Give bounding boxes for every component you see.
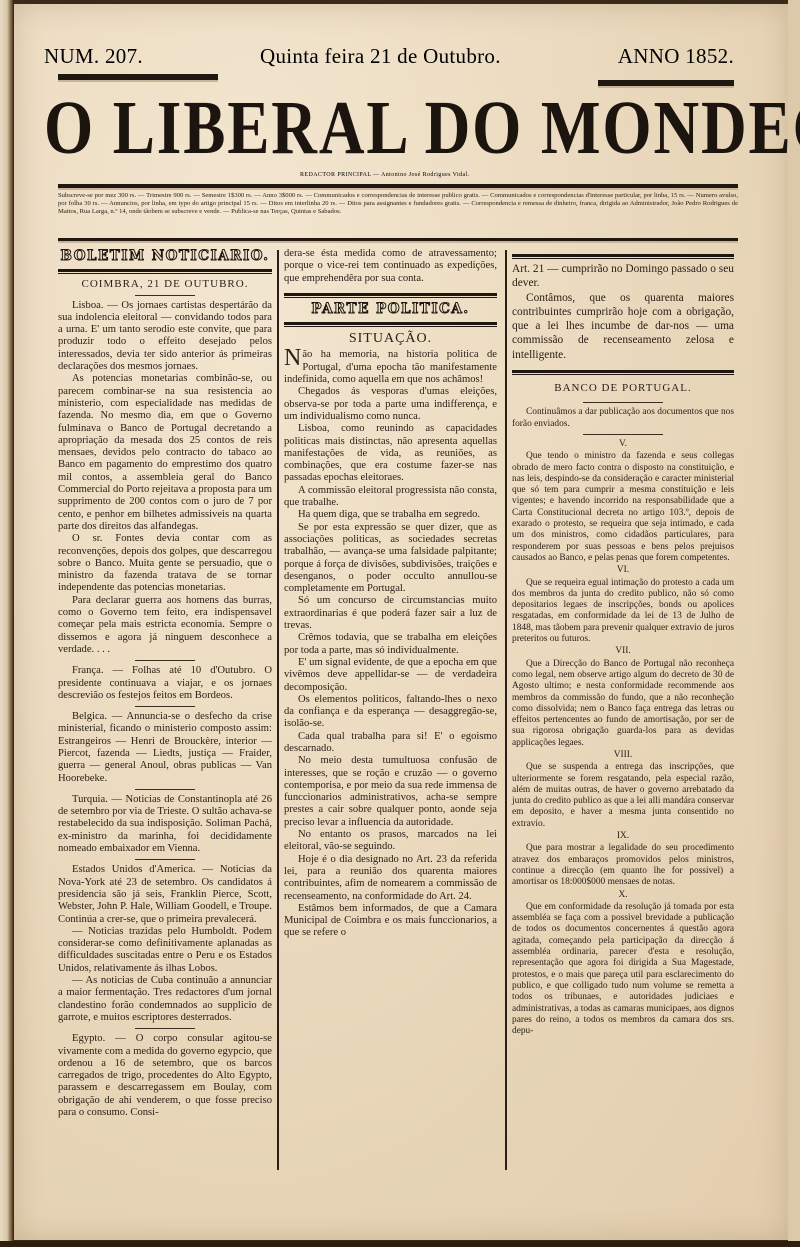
news-item-franca: França. — Folhas até 10 d'Outubro. O pre… (58, 665, 272, 702)
news-item-belgica: Belgica. — Annuncia-se o desfecho da cri… (58, 711, 272, 785)
article-paragraph: Se por esta expressão se quer dizer, que… (284, 522, 497, 596)
article-paragraph: No entanto os prasos, marcados na lei el… (284, 829, 497, 854)
subscription-terms: Subscreve-se por mez 300 rs. — Trimestre… (58, 192, 738, 216)
book-spine (0, 0, 14, 1247)
article-numeral: VIII. (512, 750, 734, 761)
column-parte-politica: dera-se ésta medida como de atravessamen… (284, 248, 497, 940)
short-rule (135, 789, 195, 790)
redactor-line: REDACTOR PRINCIPAL — Antonino José Rodri… (300, 172, 470, 178)
article-paragraph: Hoje é o dia designado no Art. 23 da ref… (284, 854, 497, 903)
news-paragraph: As potencias monetarias combinão-se, ou … (58, 373, 272, 533)
section-rule (512, 370, 734, 375)
short-rule (135, 706, 195, 707)
lead-paragraph: Contâmos, que os quarenta maiores contri… (512, 291, 734, 362)
short-rule (583, 434, 663, 435)
article-lead-paragraph: Não ha memoria, na historia politica de … (284, 349, 497, 386)
column-boletim: BOLETIM NOTICIARIO. COIMBRA, 21 DE OUTUB… (58, 248, 272, 1119)
article-numeral: X. (512, 890, 734, 901)
drop-cap: N (284, 349, 301, 367)
article-paragraph: Estâmos bem informados, de que a Camara … (284, 903, 497, 940)
section-title-parte-politica: PARTE POLITICA. (284, 301, 497, 319)
section-rule (512, 254, 734, 259)
dateline: NUM. 207. Quinta feira 21 de Outubro. AN… (44, 44, 734, 69)
news-item-egypto: Egypto. — O corpo consular agitou-se viv… (58, 1033, 272, 1119)
article-paragraph: Cada qual trabalha para si! E' o egoismo… (284, 731, 497, 756)
news-item-cuba: — As noticias de Cuba continuão a annunc… (58, 975, 272, 1024)
article-text: Que a Direcção do Banco de Portugal não … (512, 659, 734, 749)
subscription-bottom-rule (58, 238, 738, 243)
news-paragraph: — Noticias trazidas pelo Humboldt. Podem… (58, 926, 272, 975)
lead-paragraph: Art. 21 — cumprirão no Domingo passado o… (512, 262, 734, 291)
issue-number: NUM. 207. (44, 44, 143, 69)
news-item-turquia: Turquia. — Noticias de Constantinopla at… (58, 794, 272, 855)
column-divider-1 (277, 250, 279, 1170)
article-numeral: IX. (512, 831, 734, 842)
short-rule (135, 295, 195, 296)
column-banco-de-portugal: Art. 21 — cumprirão no Domingo passado o… (512, 248, 734, 1037)
section-rule (58, 269, 272, 274)
article-text: Que se suspenda a entrega das inscripçõe… (512, 762, 734, 830)
news-item-estados-unidos: Estados Unidos d'America. — Noticias da … (58, 864, 272, 925)
article-text: Que tendo o ministro da fazenda e seus c… (512, 451, 734, 564)
article-paragraph: A commissão eleitoral progressista não c… (284, 485, 497, 510)
news-paragraph: O sr. Fontes devia contar com as reconve… (58, 533, 272, 594)
article-numeral: VII. (512, 646, 734, 657)
article-text: Que se requeira egual intimação do prote… (512, 578, 734, 646)
article-heading-banco: BANCO DE PORTUGAL. (512, 383, 734, 394)
short-rule (135, 660, 195, 661)
article-paragraph: Crêmos todavia, que se trabalha em eleiç… (284, 632, 497, 657)
article-paragraph: E' um signal evidente, de que a epocha e… (284, 657, 497, 694)
article-paragraph: Os elementos politicos, faltando-lhes o … (284, 694, 497, 731)
continuation-text: dera-se ésta medida como de atravessamen… (284, 248, 497, 285)
article-numeral: VI. (512, 565, 734, 576)
issue-year: ANNO 1852. (618, 44, 734, 69)
news-paragraph: Para declarar guerra aos homens das burr… (58, 595, 272, 656)
subscription-top-rule (58, 184, 738, 190)
page-edge (788, 0, 800, 1247)
short-rule (583, 402, 663, 403)
short-rule (135, 1028, 195, 1029)
header-rule-left (58, 74, 218, 82)
article-paragraph: Só um concurso de circumstancias muito e… (284, 595, 497, 632)
short-rule (135, 859, 195, 860)
dateline-coimbra: COIMBRA, 21 DE OUTUBRO. (58, 278, 272, 290)
masthead-title: O LIBERAL DO MONDEGO. (44, 88, 686, 166)
article-heading-situacao: SITUAÇÃO. (284, 333, 497, 345)
article-numeral: V. (512, 439, 734, 450)
article-paragraph: Chegados ás vesporas d'umas eleições, ob… (284, 386, 497, 423)
column-divider-2 (505, 250, 507, 1170)
section-rule (284, 293, 497, 298)
section-rule (284, 322, 497, 327)
article-text: Que para mostrar a legalidade do seu pro… (512, 843, 734, 888)
article-paragraph: Ha quem diga, que se trabalha em segredo… (284, 509, 497, 521)
page-bottom-edge (0, 1241, 800, 1247)
article-paragraph: No meio desta tumultuosa confusão de int… (284, 755, 497, 829)
section-title-boletim: BOLETIM NOTICIARIO. (58, 248, 272, 266)
article-paragraph: Lisboa, como reunindo as capacidades pol… (284, 423, 497, 484)
issue-date: Quinta feira 21 de Outubro. (260, 44, 501, 69)
news-item-lisboa: Lisboa. — Os jornaes cartistas despertár… (58, 300, 272, 374)
article-text: Que em conformidade da resolução já toma… (512, 902, 734, 1038)
intro-paragraph: Continuâmos a dar publicação aos documen… (512, 407, 734, 430)
